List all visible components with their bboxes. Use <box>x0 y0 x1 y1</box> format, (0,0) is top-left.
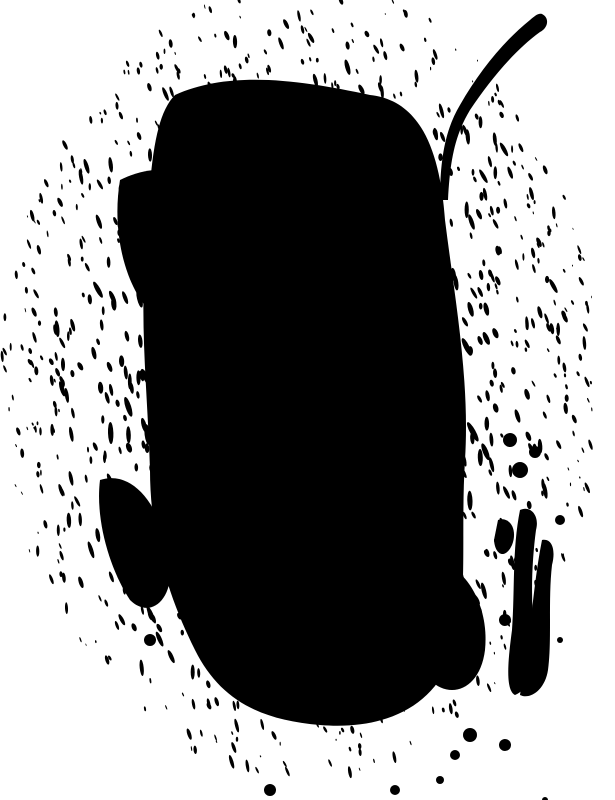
ink-splatter-graphic <box>0 0 615 800</box>
